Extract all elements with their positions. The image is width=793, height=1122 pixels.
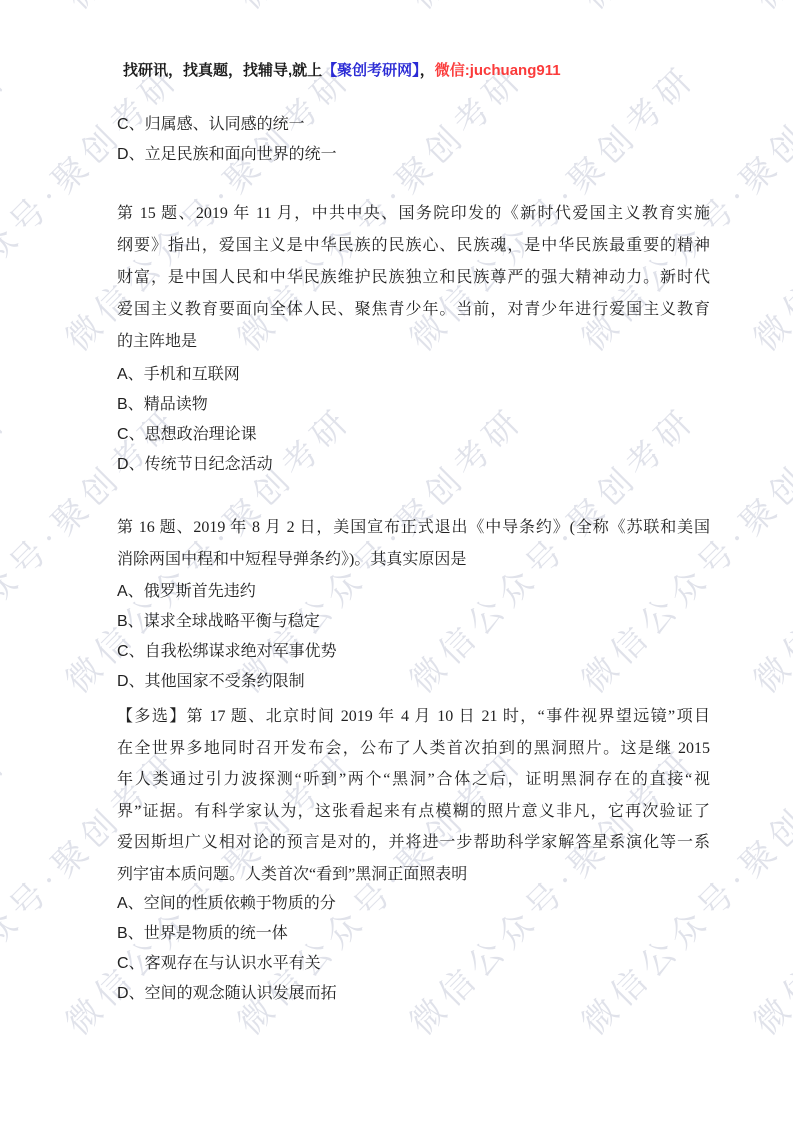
option-text: 立足民族和面向世界的统一 [145, 146, 337, 163]
paragraph-line: 第 15 题、2019 年 11 月，中共中央、国务院印发的《新时代爱国主义教育… [117, 198, 710, 230]
page-header: 找研讯，找真题，找辅导,就上【聚创考研网】，微信:juchuang911 [123, 59, 561, 80]
header-wechat: 微信:juchuang911 [435, 62, 561, 79]
carryover-option-list: C、归属感、认同感的统一 D、立足民族和面向世界的统一 [117, 110, 710, 170]
option-label: A [117, 366, 128, 383]
paragraph-line: 爱国主义教育要面向全体人民、聚焦青少年。当前，对青少年进行爱国主义教育 [117, 294, 710, 326]
option-separator: 、 [129, 426, 145, 443]
watermark-text: 微信公众号·聚创考研 [403, 0, 705, 18]
option-label: B [117, 613, 128, 630]
option-separator: 、 [129, 673, 145, 690]
watermark-text: 微信公众号·聚创考研 [0, 0, 17, 18]
option-row: A、手机和互联网 [117, 360, 710, 390]
option-separator: 、 [128, 583, 144, 600]
header-prefix: 找研讯，找真题，找辅导,就上 [123, 62, 322, 79]
option-text: 其他国家不受条约限制 [145, 673, 305, 690]
option-text: 俄罗斯首先违约 [144, 583, 256, 600]
option-text: 空间的观念随认识发展而拓 [145, 985, 337, 1002]
option-text: 手机和互联网 [144, 366, 240, 383]
watermark-text: 微信公众号·聚创考研 [575, 0, 793, 18]
paragraph-line: 的主阵地是 [117, 326, 710, 358]
paragraph-line: 在全世界多地同时召开发布会，公布了人类首次拍到的黑洞照片。这是继 2015 [117, 733, 710, 765]
option-row: D、其他国家不受条约限制 [117, 667, 710, 697]
option-separator: 、 [128, 925, 144, 942]
option-text: 世界是物质的统一体 [144, 925, 288, 942]
watermark-text: 微信公众号·聚创考研 [747, 0, 793, 18]
watermark-text: 微信公众号·聚创考研 [0, 58, 17, 360]
option-label: C [117, 955, 129, 972]
question-15-paragraph: 第 15 题、2019 年 11 月，中共中央、国务院印发的《新时代爱国主义教育… [117, 198, 710, 358]
question-16-paragraph: 第 16 题、2019 年 8 月 2 日，美国宣布正式退出《中导条约》(全称《… [117, 512, 710, 576]
paragraph-line: 列宇宙本质问题。人类首次“看到”黑洞正面照表明 [117, 859, 710, 891]
option-row: C、思想政治理论课 [117, 420, 710, 450]
option-text: 传统节日纪念活动 [145, 456, 273, 473]
header-separator: ， [420, 62, 435, 79]
watermark-text: 微信公众号·聚创考研 [0, 400, 17, 702]
paragraph-line: 消除两国中程和中短程导弹条约》)。其真实原因是 [117, 544, 710, 576]
option-row: C、自我松绑谋求绝对军事优势 [117, 637, 710, 667]
option-row: D、空间的观念随认识发展而拓 [117, 979, 710, 1009]
watermark-text: 微信公众号·聚创考研 [0, 0, 189, 18]
option-text: 客观存在与认识水平有关 [145, 955, 321, 972]
option-separator: 、 [128, 396, 144, 413]
question-17-paragraph: 【多选】第 17 题、北京时间 2019 年 4 月 10 日 21 时，“事件… [117, 701, 710, 890]
option-text: 空间的性质依赖于物质的分 [144, 895, 336, 912]
option-label: D [117, 985, 129, 1002]
option-row: C、归属感、认同感的统一 [117, 110, 710, 140]
option-label: D [117, 146, 129, 163]
option-row: D、立足民族和面向世界的统一 [117, 140, 710, 170]
watermark-text: 微信公众号·聚创考研 [747, 742, 793, 1044]
option-separator: 、 [129, 116, 145, 133]
paragraph-line: 【多选】第 17 题、北京时间 2019 年 4 月 10 日 21 时，“事件… [117, 701, 710, 733]
option-label: B [117, 396, 128, 413]
option-row: B、谋求全球战略平衡与稳定 [117, 607, 710, 637]
document-page: 微信公众号·聚创考研微信公众号·聚创考研微信公众号·聚创考研微信公众号·聚创考研… [0, 0, 793, 1122]
option-row: A、俄罗斯首先违约 [117, 577, 710, 607]
watermark-text: 微信公众号·聚创考研 [747, 400, 793, 702]
option-label: C [117, 426, 129, 443]
option-text: 思想政治理论课 [145, 426, 257, 443]
watermark-text: 微信公众号·聚创考研 [231, 0, 533, 18]
option-row: B、世界是物质的统一体 [117, 919, 710, 949]
paragraph-line: 财富，是中国人民和中华民族维护民族独立和民族尊严的强大精神动力。新时代 [117, 262, 710, 294]
option-text: 谋求全球战略平衡与稳定 [144, 613, 320, 630]
option-label: A [117, 895, 128, 912]
option-text: 精品读物 [144, 396, 208, 413]
option-separator: 、 [129, 456, 145, 473]
option-label: C [117, 116, 129, 133]
header-brand: 【聚创考研网】 [322, 62, 420, 79]
option-separator: 、 [128, 895, 144, 912]
paragraph-line: 纲要》指出，爱国主义是中华民族的民族心、民族魂，是中华民族最重要的精神 [117, 230, 710, 262]
option-text: 归属感、认同感的统一 [145, 116, 305, 133]
question-16-options: A、俄罗斯首先违约 B、谋求全球战略平衡与稳定 C、自我松绑谋求绝对军事优势 D… [117, 577, 710, 697]
option-row: B、精品读物 [117, 390, 710, 420]
option-separator: 、 [129, 643, 145, 660]
watermark-text: 微信公众号·聚创考研 [747, 58, 793, 360]
option-separator: 、 [129, 146, 145, 163]
option-label: C [117, 643, 129, 660]
option-text: 自我松绑谋求绝对军事优势 [145, 643, 337, 660]
paragraph-line: 年人类通过引力波探测“听到”两个“黑洞”合体之后，证明黑洞存在的直接“视 [117, 764, 710, 796]
option-separator: 、 [128, 366, 144, 383]
option-row: D、传统节日纪念活动 [117, 450, 710, 480]
option-label: D [117, 673, 129, 690]
option-separator: 、 [129, 985, 145, 1002]
question-15-options: A、手机和互联网 B、精品读物 C、思想政治理论课 D、传统节日纪念活动 [117, 360, 710, 480]
watermark-text: 微信公众号·聚创考研 [59, 0, 361, 18]
paragraph-line: 爱因斯坦广义相对论的预言是对的，并将进一步帮助科学家解答星系演化等一系 [117, 827, 710, 859]
option-row: C、客观存在与认识水平有关 [117, 949, 710, 979]
option-label: D [117, 456, 129, 473]
paragraph-line: 第 16 题、2019 年 8 月 2 日，美国宣布正式退出《中导条约》(全称《… [117, 512, 710, 544]
option-label: A [117, 583, 128, 600]
watermark-text: 微信公众号·聚创考研 [0, 742, 17, 1044]
option-label: B [117, 925, 128, 942]
paragraph-line: 界”证据。有科学家认为，这张看起来有点模糊的照片意义非凡，它再次验证了 [117, 796, 710, 828]
option-row: A、空间的性质依赖于物质的分 [117, 889, 710, 919]
option-separator: 、 [129, 955, 145, 972]
option-separator: 、 [128, 613, 144, 630]
question-17-options: A、空间的性质依赖于物质的分 B、世界是物质的统一体 C、客观存在与认识水平有关… [117, 889, 710, 1009]
